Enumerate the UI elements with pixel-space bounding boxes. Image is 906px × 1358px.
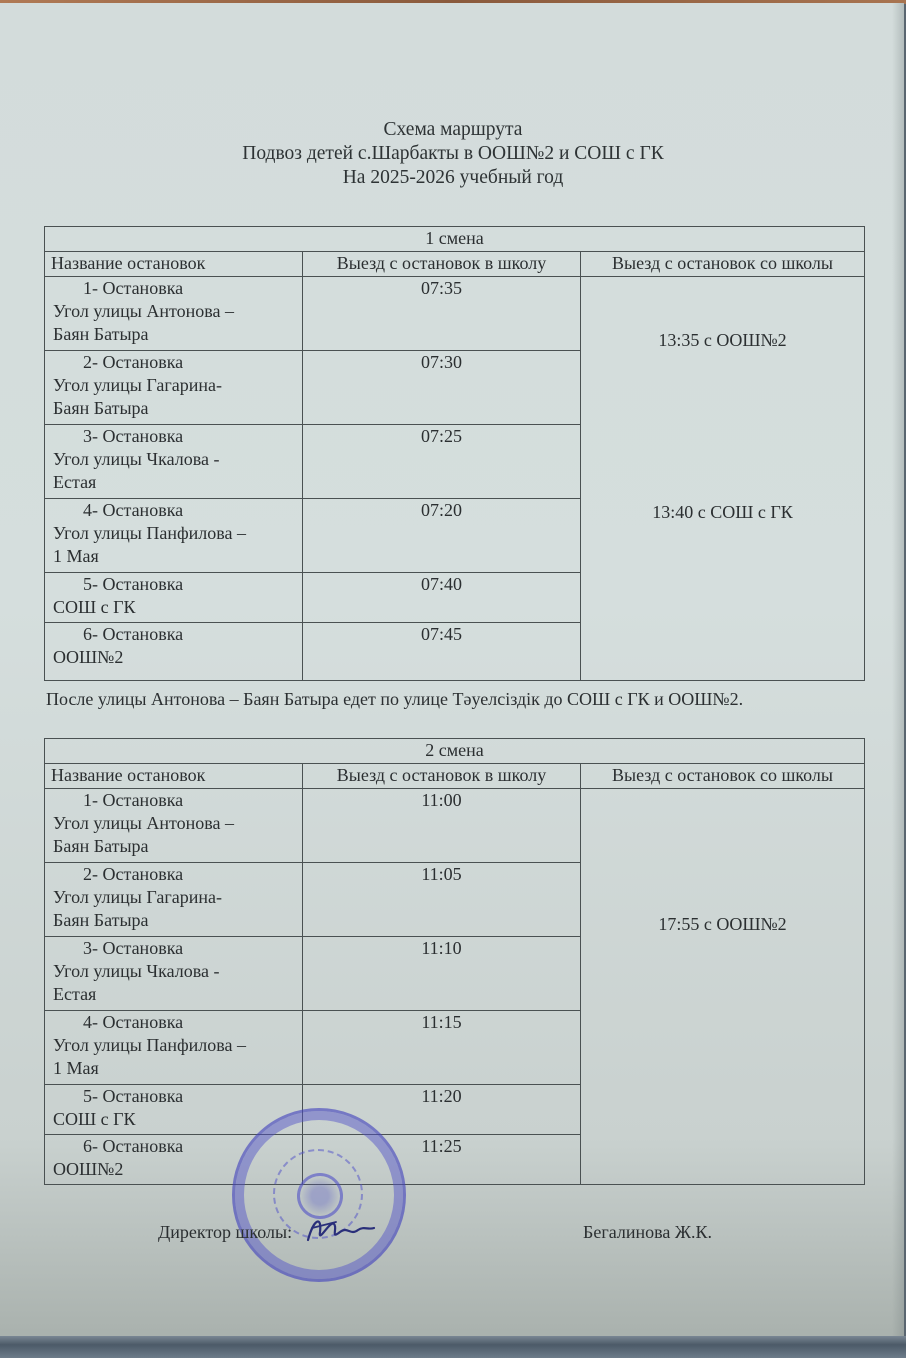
official-stamp-icon	[232, 1108, 406, 1282]
departure-from-school-cell: 17:55 с ООШ№2	[581, 789, 865, 1185]
departure-to-school-time: 11:00	[303, 789, 581, 863]
stop-address-line: Угол улицы Антонова –	[53, 300, 296, 323]
shift1-schedule-table: 1 смена Название остановок Выезд с остан…	[44, 226, 865, 681]
document-title: Схема маршрута Подвоз детей с.Шарбакты в…	[0, 118, 906, 190]
col-header-to-school: Выезд с остановок в школу	[303, 252, 581, 277]
stop-address-line: Угол улицы Гагарина-	[53, 374, 296, 397]
stop-address-line: Угол улицы Панфилова –	[53, 1034, 296, 1057]
title-line-3: На 2025-2026 учебный год	[0, 166, 906, 190]
stop-address-line: Естая	[53, 983, 296, 1006]
table-row: 1- ОстановкаУгол улицы Антонова –Баян Ба…	[45, 277, 865, 351]
stop-address-line: 1 Мая	[53, 1057, 296, 1080]
shift2-schedule-table: 2 смена Название остановок Выезд с остан…	[44, 738, 865, 1185]
stop-name-cell: 2- ОстановкаУгол улицы Гагарина-Баян Бат…	[45, 863, 303, 937]
return-time: 13:35 с ООШ№2	[581, 329, 864, 352]
stop-address-line: Баян Батыра	[53, 909, 296, 932]
stop-address-line: СОШ с ГК	[53, 1108, 296, 1131]
stop-number: 3- Остановка	[53, 425, 296, 448]
stop-address-line: Баян Батыра	[53, 323, 296, 346]
column-header-row: Название остановок Выезд с остановок в ш…	[45, 764, 865, 789]
stop-address-line: Угол улицы Чкалова -	[53, 448, 296, 471]
stop-address-line: Угол улицы Панфилова –	[53, 522, 296, 545]
stop-number: 2- Остановка	[53, 863, 296, 886]
title-line-2: Подвоз детей с.Шарбакты в ООШ№2 и СОШ с …	[0, 142, 906, 166]
stop-name-cell: 1- ОстановкаУгол улицы Антонова –Баян Ба…	[45, 277, 303, 351]
stop-name-cell: 2- ОстановкаУгол улицы Гагарина-Баян Бат…	[45, 351, 303, 425]
departure-from-school-cell: 13:35 с ООШ№213:40 с СОШ с ГК	[581, 277, 865, 681]
stop-name-cell: 4- ОстановкаУгол улицы Панфилова –1 Мая	[45, 499, 303, 573]
stop-address-line: Угол улицы Гагарина-	[53, 886, 296, 909]
col-header-stop-name: Название остановок	[45, 252, 303, 277]
departure-to-school-time: 07:45	[303, 623, 581, 681]
stop-address-line: Угол улицы Антонова –	[53, 812, 296, 835]
departure-to-school-time: 07:25	[303, 425, 581, 499]
stop-number: 2- Остановка	[53, 351, 296, 374]
stop-name-cell: 5- ОстановкаСОШ с ГК	[45, 573, 303, 623]
return-time: 17:55 с ООШ№2	[581, 913, 864, 936]
route-note: После улицы Антонова – Баян Батыра едет …	[46, 688, 846, 710]
shift1-heading: 1 смена	[45, 227, 865, 252]
departure-to-school-time: 11:05	[303, 863, 581, 937]
signatory-title: Директор школы:	[158, 1222, 292, 1243]
page-edge-shadow	[892, 3, 904, 1339]
return-time: 13:40 с СОШ с ГК	[581, 501, 864, 524]
departure-to-school-time: 07:30	[303, 351, 581, 425]
signature-block: Директор школы: Бегалинова Ж.К.	[0, 1222, 906, 1252]
column-header-row: Название остановок Выезд с остановок в ш…	[45, 252, 865, 277]
stop-address-line: 1 Мая	[53, 545, 296, 568]
title-line-1: Схема маршрута	[0, 118, 906, 142]
departure-to-school-time: 11:15	[303, 1011, 581, 1085]
stop-name-cell: 3- ОстановкаУгол улицы Чкалова -Естая	[45, 425, 303, 499]
stop-address-line: Баян Батыра	[53, 397, 296, 420]
stop-number: 4- Остановка	[53, 499, 296, 522]
col-header-from-school: Выезд с остановок со школы	[581, 252, 865, 277]
stop-address-line: СОШ с ГК	[53, 596, 296, 619]
stop-number: 1- Остановка	[53, 277, 296, 300]
departure-to-school-time: 07:20	[303, 499, 581, 573]
stop-number: 1- Остановка	[53, 789, 296, 812]
stop-name-cell: 4- ОстановкаУгол улицы Панфилова –1 Мая	[45, 1011, 303, 1085]
stop-number: 4- Остановка	[53, 1011, 296, 1034]
shift2-heading: 2 смена	[45, 739, 865, 764]
stop-number: 5- Остановка	[53, 573, 296, 596]
stop-number: 3- Остановка	[53, 937, 296, 960]
stop-number: 6- Остановка	[53, 623, 296, 646]
stop-name-cell: 6- ОстановкаООШ№2	[45, 623, 303, 681]
stop-address-line: ООШ№2	[53, 646, 296, 669]
col-header-stop-name: Название остановок	[45, 764, 303, 789]
background-edge-bottom	[0, 1336, 906, 1358]
col-header-to-school: Выезд с остановок в школу	[303, 764, 581, 789]
table-row: 1- ОстановкаУгол улицы Антонова –Баян Ба…	[45, 789, 865, 863]
stop-address-line: Баян Батыра	[53, 835, 296, 858]
handwritten-signature-icon	[300, 1210, 380, 1250]
departure-to-school-time: 07:40	[303, 573, 581, 623]
signatory-name: Бегалинова Ж.К.	[583, 1222, 712, 1243]
stop-address-line: Естая	[53, 471, 296, 494]
stop-number: 5- Остановка	[53, 1085, 296, 1108]
departure-to-school-time: 07:35	[303, 277, 581, 351]
stop-name-cell: 1- ОстановкаУгол улицы Антонова –Баян Ба…	[45, 789, 303, 863]
departure-to-school-time: 11:10	[303, 937, 581, 1011]
stop-name-cell: 3- ОстановкаУгол улицы Чкалова -Естая	[45, 937, 303, 1011]
col-header-from-school: Выезд с остановок со школы	[581, 764, 865, 789]
stop-address-line: Угол улицы Чкалова -	[53, 960, 296, 983]
